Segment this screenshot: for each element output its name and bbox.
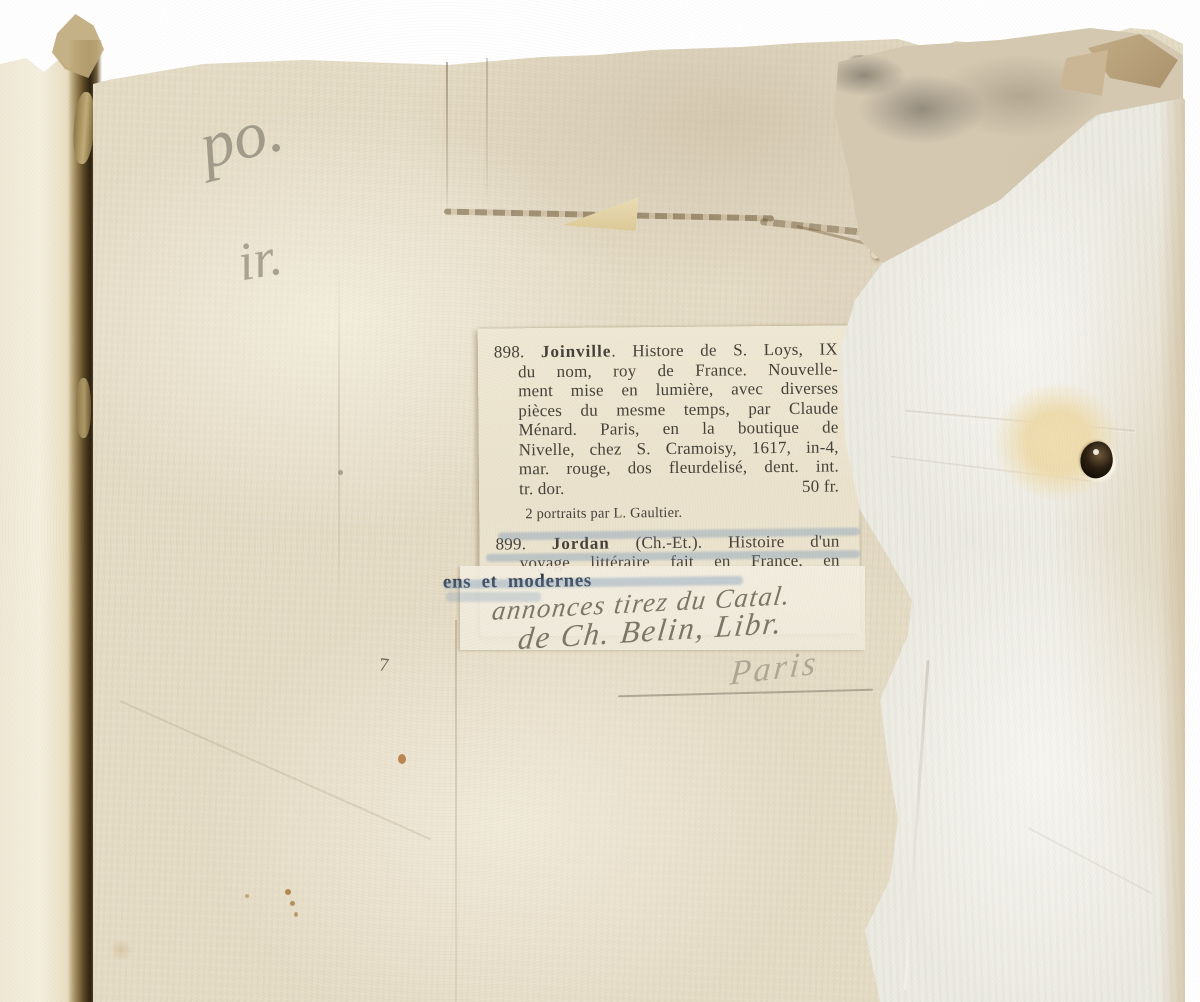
stain: [290, 901, 295, 906]
catalog-line: ment mise en lumière, avec diverses: [518, 379, 838, 401]
hole-glint: [1093, 449, 1099, 455]
crease-line: [486, 58, 488, 208]
crease-line: [455, 620, 457, 1002]
entry-title: . Histore de S. Loys, IX: [611, 340, 838, 361]
book-pastedown-photo: po. ir. 7 898. Joinville. Histore de S. …: [0, 0, 1200, 1002]
stain: [285, 889, 291, 895]
entry-number: 898.: [494, 342, 525, 361]
stain: [294, 912, 298, 917]
stain: [245, 894, 249, 898]
price-label: 50 fr.: [802, 476, 839, 496]
crease-line: [903, 660, 929, 989]
catalog-entry-898: 898. Joinville. Histore de S. Loys, IX d…: [494, 340, 840, 525]
catalog-line: Ménard. Paris, en la boutique de: [518, 418, 838, 440]
entry-note: 2 portraits par L. Gaultier.: [525, 503, 839, 525]
crease-line: [338, 250, 340, 630]
crease-line: [446, 62, 448, 214]
catalog-line: mar. rouge, dos fleurdelisé, dent. int.: [519, 457, 839, 479]
page-fore-edge: [1159, 60, 1185, 1002]
catalog-line: tr. dor.: [519, 478, 565, 498]
stain: [398, 754, 406, 764]
entry-author: Joinville: [541, 341, 612, 361]
binding-cord: [76, 378, 91, 438]
crease-line: [1027, 827, 1152, 895]
stain: [108, 940, 134, 960]
